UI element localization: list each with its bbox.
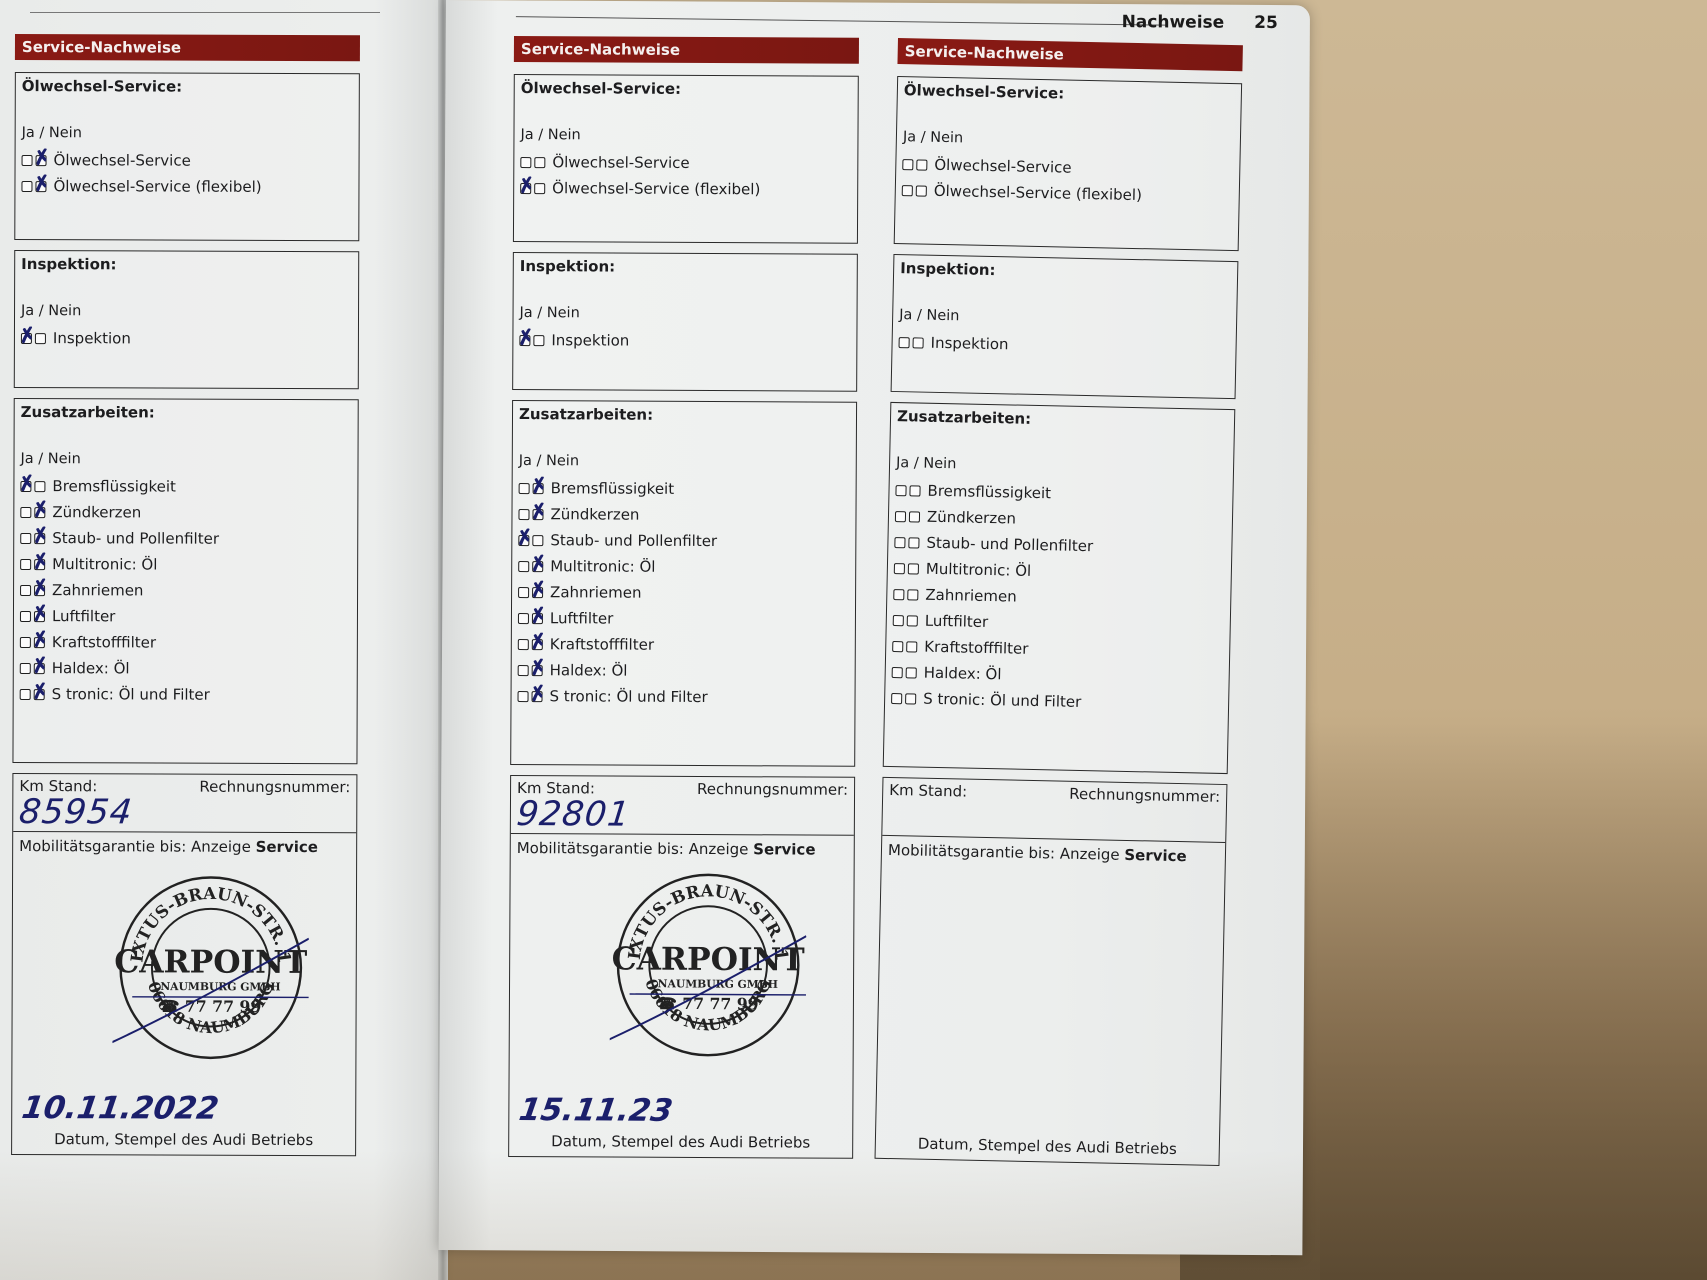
- date-stamp-label: Datum, Stempel des Audi Betriebs: [12, 1130, 355, 1149]
- yes-no-label: Ja / Nein: [519, 453, 850, 471]
- section-title: Ölwechsel-Service:: [904, 81, 1235, 106]
- service-record-3: Service-Nachweise Ölwechsel-Service: Ja …: [875, 38, 1243, 1166]
- checkbox-ja[interactable]: [22, 155, 33, 166]
- mobility-service: Service: [1124, 846, 1187, 865]
- checkbox-ja[interactable]: [518, 639, 529, 650]
- mobility-service: Service: [753, 840, 815, 858]
- checkbox-nein[interactable]: [532, 639, 543, 650]
- checklist-label: Inspektion: [53, 329, 131, 347]
- yes-no-label: Ja / Nein: [520, 127, 851, 145]
- checkbox-ja[interactable]: [891, 693, 902, 704]
- service-date[interactable]: 10.11.2022: [20, 1090, 221, 1127]
- checkbox-ja[interactable]: [518, 691, 529, 702]
- dealer-stamp: SIXTUS-BRAUN-STR. 1706618 NAUMBURGCARPOI…: [112, 869, 309, 1066]
- checklist-row: Luftfilter: [518, 605, 849, 633]
- checkbox-nein[interactable]: [532, 587, 543, 598]
- checkbox-nein[interactable]: [34, 533, 45, 544]
- checkbox-ja[interactable]: [902, 185, 913, 196]
- banner-label: Service-Nachweise: [22, 38, 181, 57]
- section-title: Inspektion:: [900, 259, 1231, 284]
- km-value[interactable]: 92801: [515, 794, 633, 835]
- checklist-row: Inspektion: [519, 327, 850, 355]
- additional-work-section: Zusatzarbeiten: Ja / Nein Bremsflüssigke…: [12, 398, 358, 764]
- checklist-row: Haldex: Öl: [20, 655, 351, 682]
- checkbox-ja[interactable]: [20, 689, 31, 700]
- checklist-row: Ölwechsel-Service: [22, 147, 353, 174]
- checkbox-ja[interactable]: [518, 561, 529, 572]
- checkbox-ja[interactable]: [895, 511, 906, 522]
- inspection-section: Inspektion: Ja / Nein Inspektion: [14, 250, 359, 389]
- checklist-row: Ölwechsel-Service (flexibel): [902, 177, 1233, 210]
- checklist-row: S tronic: Öl und Filter: [20, 681, 351, 708]
- checkbox-ja[interactable]: [21, 333, 32, 344]
- section-title: Zusatzarbeiten:: [519, 405, 850, 425]
- checkbox-nein[interactable]: [34, 663, 45, 674]
- checklist-row: Multitronic: Öl: [20, 551, 351, 578]
- checkbox-ja[interactable]: [519, 483, 530, 494]
- checklist-label: Ölwechsel-Service (flexibel): [53, 177, 261, 196]
- checkbox-ja[interactable]: [21, 181, 32, 192]
- checkbox-ja[interactable]: [518, 509, 529, 520]
- checkbox-ja[interactable]: [20, 611, 31, 622]
- checklist-label: Luftfilter: [925, 612, 989, 631]
- mobility-label: Mobilitätsgarantie bis: Anzeige: [888, 841, 1125, 864]
- service-record-1: Service-Nachweise Ölwechsel-Service: Ja …: [11, 34, 360, 1156]
- checkbox-nein[interactable]: [907, 615, 918, 626]
- checkbox-nein[interactable]: [34, 559, 45, 570]
- mileage-stamp-section: Km Stand: Rechnungsnummer: Mobilitätsgar…: [875, 777, 1228, 1166]
- running-head: Nachweise 25: [1122, 12, 1278, 33]
- yes-no-label: Ja / Nein: [903, 129, 1234, 152]
- checklist-label: Ölwechsel-Service: [552, 153, 689, 172]
- checklist-label: Kraftstofffilter: [52, 633, 156, 651]
- checkbox-ja[interactable]: [20, 663, 31, 674]
- svg-text:☎ 77 77 99: ☎ 77 77 99: [160, 997, 261, 1016]
- checkbox-ja[interactable]: [518, 587, 529, 598]
- invoice-label: Rechnungsnummer:: [199, 778, 350, 797]
- mobility-guarantee: Mobilitätsgarantie bis: Anzeige Service: [511, 834, 854, 864]
- checklist-label: Ölwechsel-Service (flexibel): [934, 182, 1142, 204]
- mileage-stamp-section: Km Stand: Rechnungsnummer: 85954 Mobilit…: [11, 773, 357, 1156]
- checkbox-ja[interactable]: [518, 665, 529, 676]
- km-label: Km Stand:: [889, 781, 967, 801]
- date-stamp-label: Datum, Stempel des Audi Betriebs: [509, 1132, 852, 1152]
- checkbox-nein[interactable]: [916, 159, 927, 170]
- checklist-label: Staub- und Pollenfilter: [550, 531, 717, 550]
- checklist-row: Staub- und Pollenfilter: [20, 525, 351, 552]
- section-title: Zusatzarbeiten:: [897, 407, 1228, 432]
- checklist-row: Multitronic: Öl: [518, 553, 849, 581]
- checkbox-ja[interactable]: [20, 637, 31, 648]
- checklist-row: Zahnriemen: [518, 579, 849, 607]
- yes-no-label: Ja / Nein: [896, 455, 1227, 478]
- checkbox-nein[interactable]: [916, 185, 927, 196]
- mileage-row: Km Stand: Rechnungsnummer: 85954: [13, 774, 356, 833]
- checklist-label: S tronic: Öl und Filter: [923, 690, 1081, 711]
- checkbox-nein[interactable]: [34, 689, 45, 700]
- checkbox-nein[interactable]: [533, 483, 544, 494]
- checkbox-nein[interactable]: [533, 335, 544, 346]
- dealer-stamp: SIXTUS-BRAUN-STR. 1706618 NAUMBURGCARPOI…: [610, 867, 807, 1064]
- invoice-label: Rechnungsnummer:: [697, 780, 848, 799]
- checkbox-nein[interactable]: [906, 641, 917, 652]
- checkbox-nein[interactable]: [35, 333, 46, 344]
- checkbox-nein[interactable]: [532, 561, 543, 572]
- svg-text:☎ 77 77 99: ☎ 77 77 99: [657, 994, 758, 1014]
- km-value[interactable]: 85954: [17, 792, 135, 832]
- checkbox-ja[interactable]: [894, 563, 905, 574]
- checkbox-nein[interactable]: [906, 667, 917, 678]
- checkbox-ja[interactable]: [519, 335, 530, 346]
- checkbox-nein[interactable]: [34, 611, 45, 622]
- section-banner: Service-Nachweise: [15, 34, 360, 61]
- checklist-row: Inspektion: [21, 325, 352, 352]
- checkbox-nein[interactable]: [532, 509, 543, 520]
- service-record-2: Service-Nachweise Ölwechsel-Service: Ja …: [508, 36, 859, 1159]
- additional-work-section: Zusatzarbeiten: Ja / Nein Bremsflüssigke…: [883, 402, 1236, 774]
- checklist-label: S tronic: Öl und Filter: [549, 687, 707, 706]
- checkbox-nein[interactable]: [532, 535, 543, 546]
- checklist-label: Ölwechsel-Service: [934, 156, 1072, 177]
- checklist-label: Zahnriemen: [52, 581, 143, 599]
- oil-change-section: Ölwechsel-Service: Ja / Nein Ölwechsel-S…: [14, 72, 360, 241]
- checkbox-ja[interactable]: [895, 485, 906, 496]
- checkbox-ja[interactable]: [892, 667, 903, 678]
- checklist-row: Inspektion: [898, 329, 1229, 362]
- yes-no-label: Ja / Nein: [899, 307, 1230, 330]
- checklist-row: Zündkerzen: [518, 501, 849, 529]
- checklist-row: Ölwechsel-Service: [520, 149, 851, 177]
- checkbox-nein[interactable]: [909, 485, 920, 496]
- checkbox-nein[interactable]: [909, 511, 920, 522]
- checkbox-nein[interactable]: [35, 181, 46, 192]
- section-title: Ölwechsel-Service:: [521, 79, 852, 99]
- inspection-section: Inspektion: Ja / Nein Inspektion: [512, 252, 858, 392]
- checkbox-nein[interactable]: [905, 693, 916, 704]
- checklist-row: Kraftstofffilter: [518, 631, 849, 659]
- banner-label: Service-Nachweise: [905, 42, 1064, 63]
- section-title: Inspektion:: [520, 257, 851, 277]
- section-title: Inspektion:: [21, 255, 352, 274]
- mobility-service: Service: [256, 838, 318, 856]
- mobility-label: Mobilitätsgarantie bis: Anzeige: [517, 839, 754, 858]
- checkbox-nein[interactable]: [34, 481, 45, 492]
- checklist-label: Zündkerzen: [927, 508, 1016, 528]
- checkbox-ja[interactable]: [520, 157, 531, 168]
- checklist-label: Multitronic: Öl: [926, 560, 1032, 580]
- checkbox-nein[interactable]: [34, 585, 45, 596]
- checkbox-nein[interactable]: [34, 507, 45, 518]
- checklist-label: Zündkerzen: [550, 505, 639, 523]
- checkbox-ja[interactable]: [518, 535, 529, 546]
- checklist-row: S tronic: Öl und Filter: [891, 685, 1222, 718]
- yes-no-label: Ja / Nein: [520, 305, 851, 323]
- checklist-row: Zahnriemen: [20, 577, 351, 604]
- svg-text:CARPOINT: CARPOINT: [612, 941, 806, 978]
- checkbox-nein[interactable]: [913, 337, 924, 348]
- checkbox-ja[interactable]: [20, 585, 31, 596]
- checklist-label: Bremsflüssigkeit: [927, 482, 1051, 503]
- checklist-label: Ölwechsel-Service: [54, 151, 191, 169]
- checklist-row: Staub- und Pollenfilter: [518, 527, 849, 555]
- mileage-row: Km Stand: Rechnungsnummer:: [882, 778, 1226, 843]
- mobility-guarantee: Mobilitätsgarantie bis: Anzeige Service: [13, 832, 356, 861]
- additional-work-section: Zusatzarbeiten: Ja / Nein Bremsflüssigke…: [510, 400, 857, 767]
- checkbox-ja[interactable]: [899, 337, 910, 348]
- section-title: Zusatzarbeiten:: [21, 403, 352, 422]
- checkbox-ja[interactable]: [20, 507, 31, 518]
- checklist-row: Ölwechsel-Service (flexibel): [21, 173, 352, 200]
- checklist-label: Kraftstofffilter: [550, 635, 654, 654]
- checkbox-ja[interactable]: [20, 481, 31, 492]
- checklist-row: Haldex: Öl: [518, 657, 849, 685]
- checklist-label: Inspektion: [930, 334, 1008, 354]
- checklist-label: Zündkerzen: [52, 503, 141, 521]
- checkbox-nein[interactable]: [908, 537, 919, 548]
- checkbox-nein[interactable]: [36, 155, 47, 166]
- checklist-label: Multitronic: Öl: [550, 557, 655, 576]
- checklist-label: Haldex: Öl: [550, 661, 628, 679]
- checklist-label: Multitronic: Öl: [52, 555, 157, 573]
- checklist-label: Ölwechsel-Service (flexibel): [552, 179, 760, 198]
- checklist-label: Zahnriemen: [925, 586, 1017, 606]
- banner-label: Service-Nachweise: [521, 40, 680, 59]
- checkbox-ja[interactable]: [892, 641, 903, 652]
- checklist-label: S tronic: Öl und Filter: [52, 685, 210, 704]
- oil-change-section: Ölwechsel-Service: Ja / Nein Ölwechsel-S…: [894, 76, 1242, 251]
- header-rule: [516, 16, 1166, 26]
- checklist-row: Kraftstofffilter: [20, 629, 351, 656]
- checklist-row: Bremsflüssigkeit: [20, 473, 351, 500]
- checklist-row: Luftfilter: [20, 603, 351, 630]
- checklist-row: Bremsflüssigkeit: [519, 475, 850, 503]
- checkbox-ja[interactable]: [518, 613, 529, 624]
- checkbox-nein[interactable]: [907, 589, 918, 600]
- checkbox-nein[interactable]: [534, 183, 545, 194]
- mileage-stamp-section: Km Stand: Rechnungsnummer: 92801 Mobilit…: [508, 775, 855, 1159]
- checklist-label: Luftfilter: [550, 609, 613, 627]
- checklist-label: Staub- und Pollenfilter: [52, 529, 219, 548]
- checklist-row: Ölwechsel-Service (flexibel): [520, 175, 851, 203]
- checklist-label: Staub- und Pollenfilter: [926, 534, 1093, 555]
- date-stamp-label: Datum, Stempel des Audi Betriebs: [876, 1134, 1219, 1159]
- checkbox-ja[interactable]: [20, 533, 31, 544]
- section-title: Ölwechsel-Service:: [22, 77, 353, 96]
- mileage-row: Km Stand: Rechnungsnummer: 92801: [511, 776, 854, 836]
- mobility-label: Mobilitätsgarantie bis: Anzeige: [19, 837, 255, 856]
- checkbox-nein[interactable]: [532, 613, 543, 624]
- checklist-label: Bremsflüssigkeit: [52, 477, 176, 495]
- yes-no-label: Ja / Nein: [20, 451, 351, 468]
- checklist-label: Zahnriemen: [550, 583, 641, 601]
- checklist-label: Kraftstofffilter: [924, 638, 1029, 658]
- service-date[interactable]: 15.11.23: [517, 1092, 675, 1129]
- checkbox-ja[interactable]: [894, 537, 905, 548]
- header-rule: [30, 12, 380, 13]
- checkbox-ja[interactable]: [520, 183, 531, 194]
- inspection-section: Inspektion: Ja / Nein Inspektion: [891, 254, 1239, 399]
- section-title: Nachweise: [1122, 12, 1225, 33]
- checkbox-ja[interactable]: [893, 615, 904, 626]
- checkbox-ja[interactable]: [902, 159, 913, 170]
- invoice-label: Rechnungsnummer:: [1069, 785, 1220, 806]
- checklist-row: S tronic: Öl und Filter: [517, 683, 848, 711]
- checklist-label: Haldex: Öl: [52, 659, 130, 677]
- checklist-row: Zündkerzen: [20, 499, 351, 526]
- checkbox-nein[interactable]: [34, 637, 45, 648]
- section-banner: Service-Nachweise: [514, 36, 859, 64]
- checklist-label: Haldex: Öl: [924, 664, 1002, 684]
- svg-text:CARPOINT: CARPOINT: [114, 944, 308, 981]
- checklist-label: Luftfilter: [52, 607, 115, 625]
- checklist-label: Inspektion: [551, 331, 629, 349]
- oil-change-section: Ölwechsel-Service: Ja / Nein Ölwechsel-S…: [513, 74, 859, 244]
- checkbox-nein[interactable]: [534, 157, 545, 168]
- checkbox-ja[interactable]: [20, 559, 31, 570]
- checkbox-ja[interactable]: [893, 589, 904, 600]
- checkbox-nein[interactable]: [532, 665, 543, 676]
- checklist-label: Bremsflüssigkeit: [551, 479, 675, 498]
- yes-no-label: Ja / Nein: [21, 303, 352, 320]
- page-number: 25: [1254, 13, 1278, 33]
- yes-no-label: Ja / Nein: [22, 125, 353, 142]
- checkbox-nein[interactable]: [532, 691, 543, 702]
- checkbox-nein[interactable]: [908, 563, 919, 574]
